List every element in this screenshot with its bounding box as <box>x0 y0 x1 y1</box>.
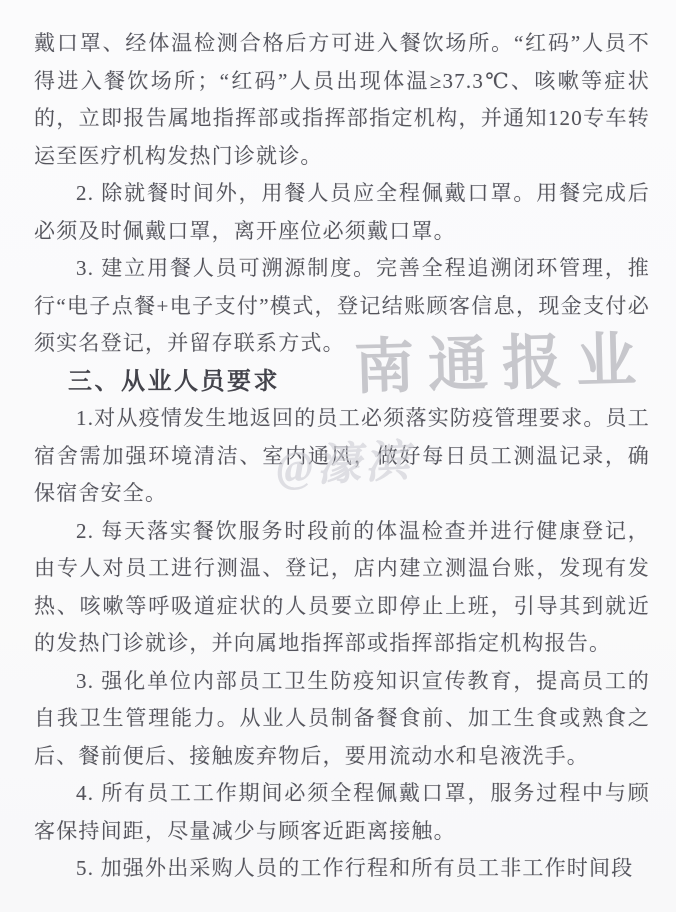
paragraph: 戴口罩、经体温检测合格后方可进入餐饮场所。“红码”人员不得进入餐饮场所；“红码”… <box>34 25 650 175</box>
paragraph: 2. 除就餐时间外，用餐人员应全程佩戴口罩。用餐完成后必须及时佩戴口罩，离开座位… <box>34 175 650 250</box>
paragraph: 3. 建立用餐人员可溯源制度。完善全程追溯闭环管理，推行“电子点餐+电子支付”模… <box>34 250 650 363</box>
paragraph: 1.对从疫情发生地返回的员工必须落实防疫管理要求。员工宿舍需加强环境清洁、室内通… <box>34 400 650 513</box>
document-body: 戴口罩、经体温检测合格后方可进入餐饮场所。“红码”人员不得进入餐饮场所；“红码”… <box>34 25 650 888</box>
paragraph: 4. 所有员工工作期间必须全程佩戴口罩，服务过程中与顾客保持间距，尽量减少与顾客… <box>34 775 650 850</box>
paragraph: 5. 加强外出采购人员的工作行程和所有员工非工作时间段 <box>34 850 650 888</box>
scanned-document-page: { "page": { "background": "#fbfbfc", "te… <box>0 0 676 912</box>
paragraph: 3. 强化单位内部员工卫生防疫知识宣传教育，提高员工的自我卫生管理能力。从业人员… <box>34 663 650 776</box>
paragraph: 2. 每天落实餐饮服务时段前的体温检查并进行健康登记，由专人对员工进行测温、登记… <box>34 513 650 663</box>
section-heading: 三、从业人员要求 <box>34 363 650 401</box>
